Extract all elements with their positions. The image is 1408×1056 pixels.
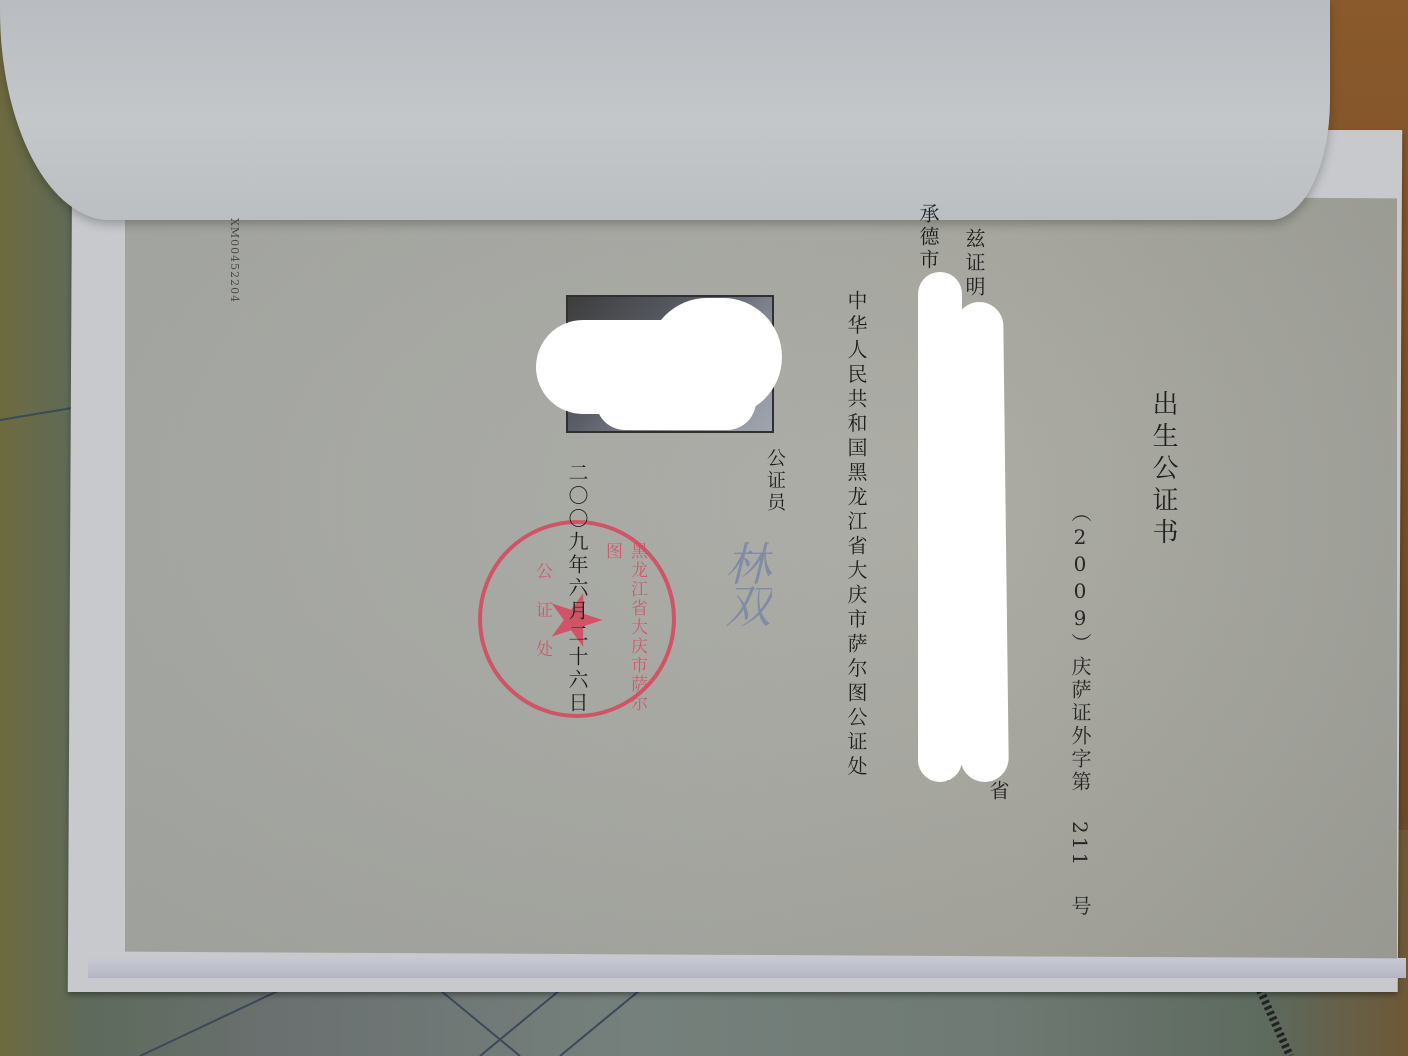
certificate-number-prefix: （2009）庆萨证外字第 [1068, 502, 1092, 794]
notary-signature: 林双 [712, 540, 802, 730]
issue-date: 二〇〇九年六月二十六日 [563, 462, 592, 715]
signature-text: 林双 [712, 540, 778, 624]
line1-tail: 省 [984, 780, 1013, 800]
notary-label: 公证员 [762, 448, 789, 514]
certificate-number-value: 211 [1068, 821, 1092, 868]
issuing-office: 中华人民共和国黑龙江省大庆市萨尔图公证处 [842, 290, 871, 780]
document-title: 出生公证书 [1145, 390, 1182, 550]
serial-number: XM00452204 [228, 218, 241, 303]
body-start: 兹证明 [960, 228, 989, 300]
city-prefix: 承德市 [914, 203, 943, 272]
seal-outer-text: 黑龙江省大庆市萨尔图 [600, 542, 650, 714]
page-stack-edge [88, 958, 1406, 978]
redaction-photo-3 [596, 372, 756, 430]
redaction-name-line-2 [955, 302, 1009, 783]
certificate-number: （2009）庆萨证外字第 211 号 [1066, 502, 1095, 918]
certificate-number-suffix: 号 [1068, 895, 1092, 918]
curled-cover-page [0, 0, 1330, 220]
seal-inner-text: 公证处 [530, 562, 555, 679]
